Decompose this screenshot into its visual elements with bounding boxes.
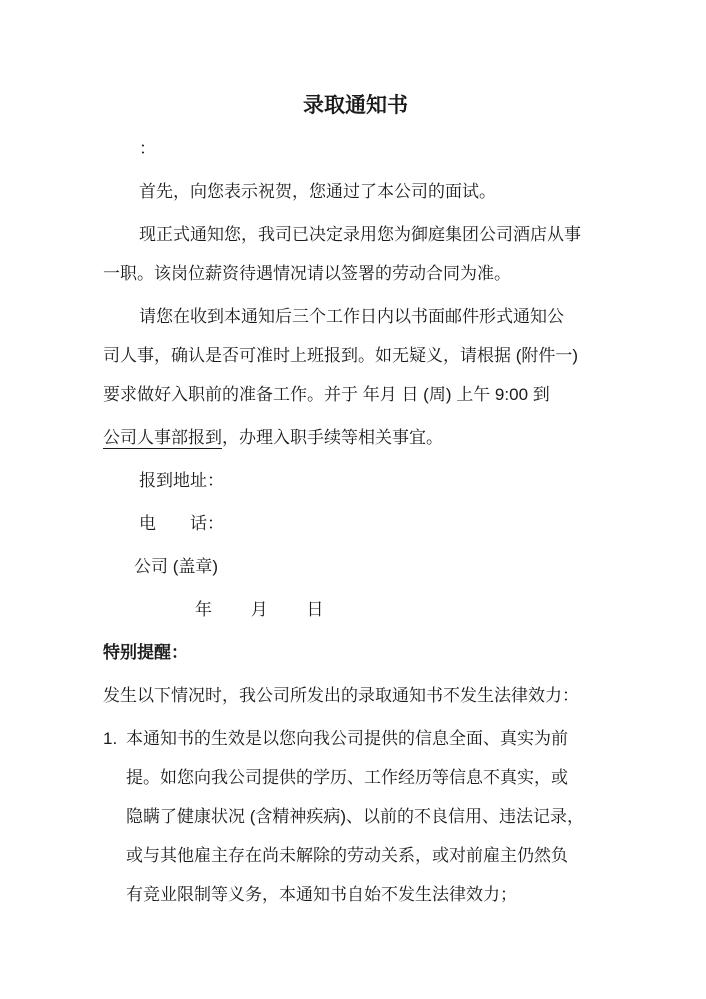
- paragraph-congrats: 首先，向您表示祝贺，您通过了本公司的面试。: [103, 172, 608, 211]
- special-reminder-heading: 特别提醒：: [103, 633, 608, 672]
- company-seal-line: 公司 (盖章): [103, 547, 608, 586]
- report-location-underlined-text: 公司人事部报到: [103, 428, 222, 447]
- date-blank-line: 年 月 日: [103, 590, 608, 629]
- paragraph-report-location: 公司人事部报到，办理入职手续等相关事宜。: [103, 418, 608, 457]
- list-item-1: 1. 本通知书的生效是以您向我公司提供的信息全面、真实为前 提。如您向我公司提供…: [103, 719, 608, 914]
- paragraph-offer: 现正式通知您，我司已决定录用您为御庭集团公司酒店从事 一职。该岗位薪资待遇情况请…: [103, 215, 608, 293]
- report-location-rest-text: ，办理入职手续等相关事宜。: [222, 428, 443, 447]
- list-item-1-text: 本通知书的生效是以您向我公司提供的信息全面、真实为前 提。如您向我公司提供的学历…: [126, 719, 608, 914]
- report-address-label: 报到地址：: [103, 461, 608, 500]
- salutation-line: ：: [103, 129, 608, 168]
- document-title: 录取通知书: [103, 86, 608, 125]
- phone-label: 电 话：: [103, 504, 608, 543]
- list-item-1-marker: 1.: [103, 719, 126, 914]
- document-page: 录取通知书 ： 首先，向您表示祝贺，您通过了本公司的面试。 现正式通知您，我司已…: [0, 0, 706, 999]
- invalid-conditions-intro: 发生以下情况时，我公司所发出的录取通知书不发生法律效力：: [103, 676, 608, 715]
- paragraph-report-instructions: 请您在收到本通知后三个工作日内以书面邮件形式通知公 司人事，确认是否可准时上班报…: [103, 297, 608, 414]
